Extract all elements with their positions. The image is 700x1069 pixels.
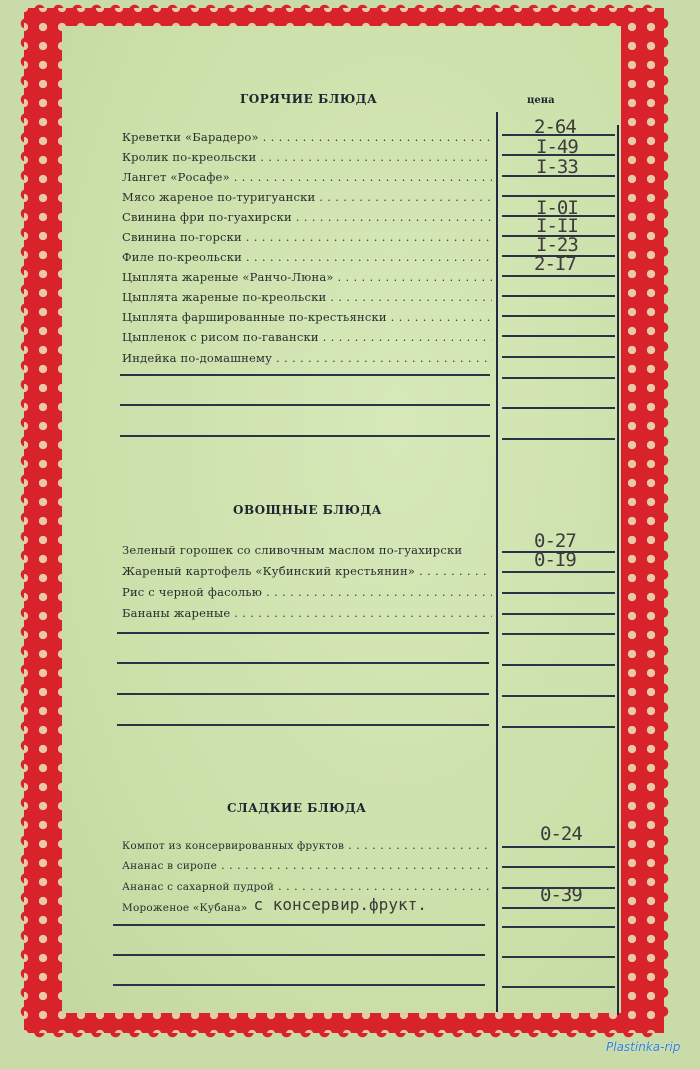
menu-item: Цыпленок с рисом по-гавански............… — [122, 324, 492, 344]
price-rule — [502, 926, 615, 928]
leader-dots: ........................................… — [234, 607, 492, 620]
price-column-right-rule — [617, 125, 619, 1015]
price-rule — [502, 633, 615, 635]
leader-dots: ........................................… — [419, 565, 492, 578]
menu-item: Лангет «Росафе».........................… — [122, 164, 492, 184]
item-name: Мороженое «Кубана» — [122, 902, 247, 914]
blank-entry-line — [117, 662, 489, 664]
leader-dots: ........................................… — [348, 839, 492, 852]
blank-entry-line — [113, 924, 485, 926]
leader-dots: ........................................… — [266, 586, 492, 599]
leader-dots: ........................................… — [221, 859, 492, 872]
price-column-header: цена — [527, 95, 555, 106]
border-teeth-right — [663, 14, 675, 1024]
price-rule — [502, 407, 615, 409]
leader-dots: ........................................… — [246, 251, 492, 264]
item-price: 0-I9 — [534, 549, 576, 571]
item-name: Ананас в сиропе — [122, 860, 217, 872]
item-price: 2-I7 — [534, 253, 576, 275]
blank-entry-line — [117, 724, 489, 726]
item-name: Цыплята фаршированные по-крестьянски — [122, 310, 387, 324]
menu-item: Мороженое «Кубана»с консервир.фрукт. — [122, 894, 492, 914]
menu-item: Ананас в сиропе.........................… — [122, 852, 492, 872]
section-title-vegetable-dishes: ОВОЩНЫЕ БЛЮДА — [233, 503, 382, 517]
menu-item: Кролик по-креольски.....................… — [122, 144, 492, 164]
price-column-left-rule — [496, 112, 498, 1012]
section-title-desserts: СЛАДКИЕ БЛЮДА — [227, 801, 366, 815]
menu-item: Свинина по-горски.......................… — [122, 224, 492, 244]
price-rule — [502, 613, 615, 615]
item-name: Свинина фри по-гуахирски — [122, 210, 292, 224]
leader-dots: ........................................… — [391, 311, 492, 324]
price-rule — [502, 571, 615, 573]
menu-item: Индейка по-домашнему....................… — [122, 345, 492, 365]
price-rule — [502, 335, 615, 337]
price-rule — [502, 315, 615, 317]
price-rule — [502, 356, 615, 358]
price-rule — [502, 695, 615, 697]
menu-item: Мясо жареное по-туригуански.............… — [122, 184, 492, 204]
price-rule — [502, 846, 615, 848]
leader-dots: ........................................… — [338, 271, 492, 284]
blank-entry-line — [120, 435, 490, 437]
menu-item: Ананас с сахарной пудрой................… — [122, 873, 492, 893]
leader-dots: ........................................… — [330, 291, 492, 304]
item-price: I-33 — [536, 156, 578, 178]
blank-entry-line — [120, 374, 490, 376]
item-name: Цыплята жареные по-креольски — [122, 290, 326, 304]
item-name: Компот из консервированных фруктов — [122, 840, 344, 852]
menu-item: Филе по-креольски.......................… — [122, 244, 492, 264]
price-rule — [502, 592, 615, 594]
item-name: Цыпленок с рисом по-гавански — [122, 330, 319, 344]
menu-item: Цыплята жареные «Ранчо-Люна»............… — [122, 264, 492, 284]
leader-dots: ........................................… — [278, 880, 492, 893]
price-rule — [502, 438, 615, 440]
leader-dots: ........................................… — [246, 231, 492, 244]
section-title-hot-dishes: ГОРЯЧИЕ БЛЮДА — [240, 92, 377, 106]
item-name: Кролик по-креольски — [122, 150, 256, 164]
blank-entry-line — [117, 632, 489, 634]
menu-item: Компот из консервированных фруктов......… — [122, 832, 492, 852]
item-price: I-49 — [536, 136, 578, 158]
menu-item: Жареный картофель «Кубинский крестьянин»… — [122, 558, 492, 578]
price-rule — [502, 956, 615, 958]
item-name: Индейка по-домашнему — [122, 351, 272, 365]
item-name: Филе по-креольски — [122, 250, 242, 264]
leader-dots: ........................................… — [263, 131, 492, 144]
blank-entry-line — [120, 404, 490, 406]
leader-dots: ........................................… — [260, 151, 492, 164]
item-name: Жареный картофель «Кубинский крестьянин» — [122, 564, 415, 578]
price-rule — [502, 664, 615, 666]
item-name: Зеленый горошек со сливочным маслом по-г… — [122, 543, 462, 557]
leader-dots: ........................................… — [323, 331, 492, 344]
item-name: Рис с черной фасолью — [122, 585, 262, 599]
item-name: Ананас с сахарной пудрой — [122, 881, 274, 893]
price-rule — [502, 295, 615, 297]
price-rule — [502, 726, 615, 728]
menu-item: Свинина фри по-гуахирски................… — [122, 204, 492, 224]
menu-item: Зеленый горошек со сливочным маслом по-г… — [122, 537, 492, 557]
price-rule — [502, 986, 615, 988]
menu-item: Бананы жареные..........................… — [122, 600, 492, 620]
leader-dots: ........................................… — [319, 191, 492, 204]
menu-item: Цыплята жареные по-креольски............… — [122, 284, 492, 304]
menu-item: Рис с черной фасолью....................… — [122, 579, 492, 599]
leader-dots: ........................................… — [234, 171, 492, 184]
item-price: 2-64 — [534, 116, 576, 138]
blank-entry-line — [113, 984, 485, 986]
price-rule — [502, 907, 615, 909]
border-teeth-bottom — [30, 1032, 660, 1042]
typed-annotation: с консервир.фрукт. — [253, 895, 426, 914]
item-name: Цыплята жареные «Ранчо-Люна» — [122, 270, 334, 284]
price-rule — [502, 377, 615, 379]
item-name: Лангет «Росафе» — [122, 170, 230, 184]
leader-dots: ........................................… — [296, 211, 492, 224]
menu-item: Цыплята фаршированные по-крестьянски....… — [122, 304, 492, 324]
item-name: Мясо жареное по-туригуански — [122, 190, 315, 204]
price-rule — [502, 866, 615, 868]
item-name: Бананы жареные — [122, 606, 230, 620]
blank-entry-line — [113, 954, 485, 956]
item-price: 0-39 — [540, 884, 582, 906]
menu-item: Креветки «Барадеро».....................… — [122, 124, 492, 144]
watermark-text: Plastinka-rip — [606, 1040, 680, 1054]
item-name: Свинина по-горски — [122, 230, 242, 244]
price-rule — [502, 275, 615, 277]
item-name: Креветки «Барадеро» — [122, 130, 259, 144]
blank-entry-line — [117, 693, 489, 695]
leader-dots: ........................................… — [276, 352, 492, 365]
item-price: 0-24 — [540, 823, 582, 845]
